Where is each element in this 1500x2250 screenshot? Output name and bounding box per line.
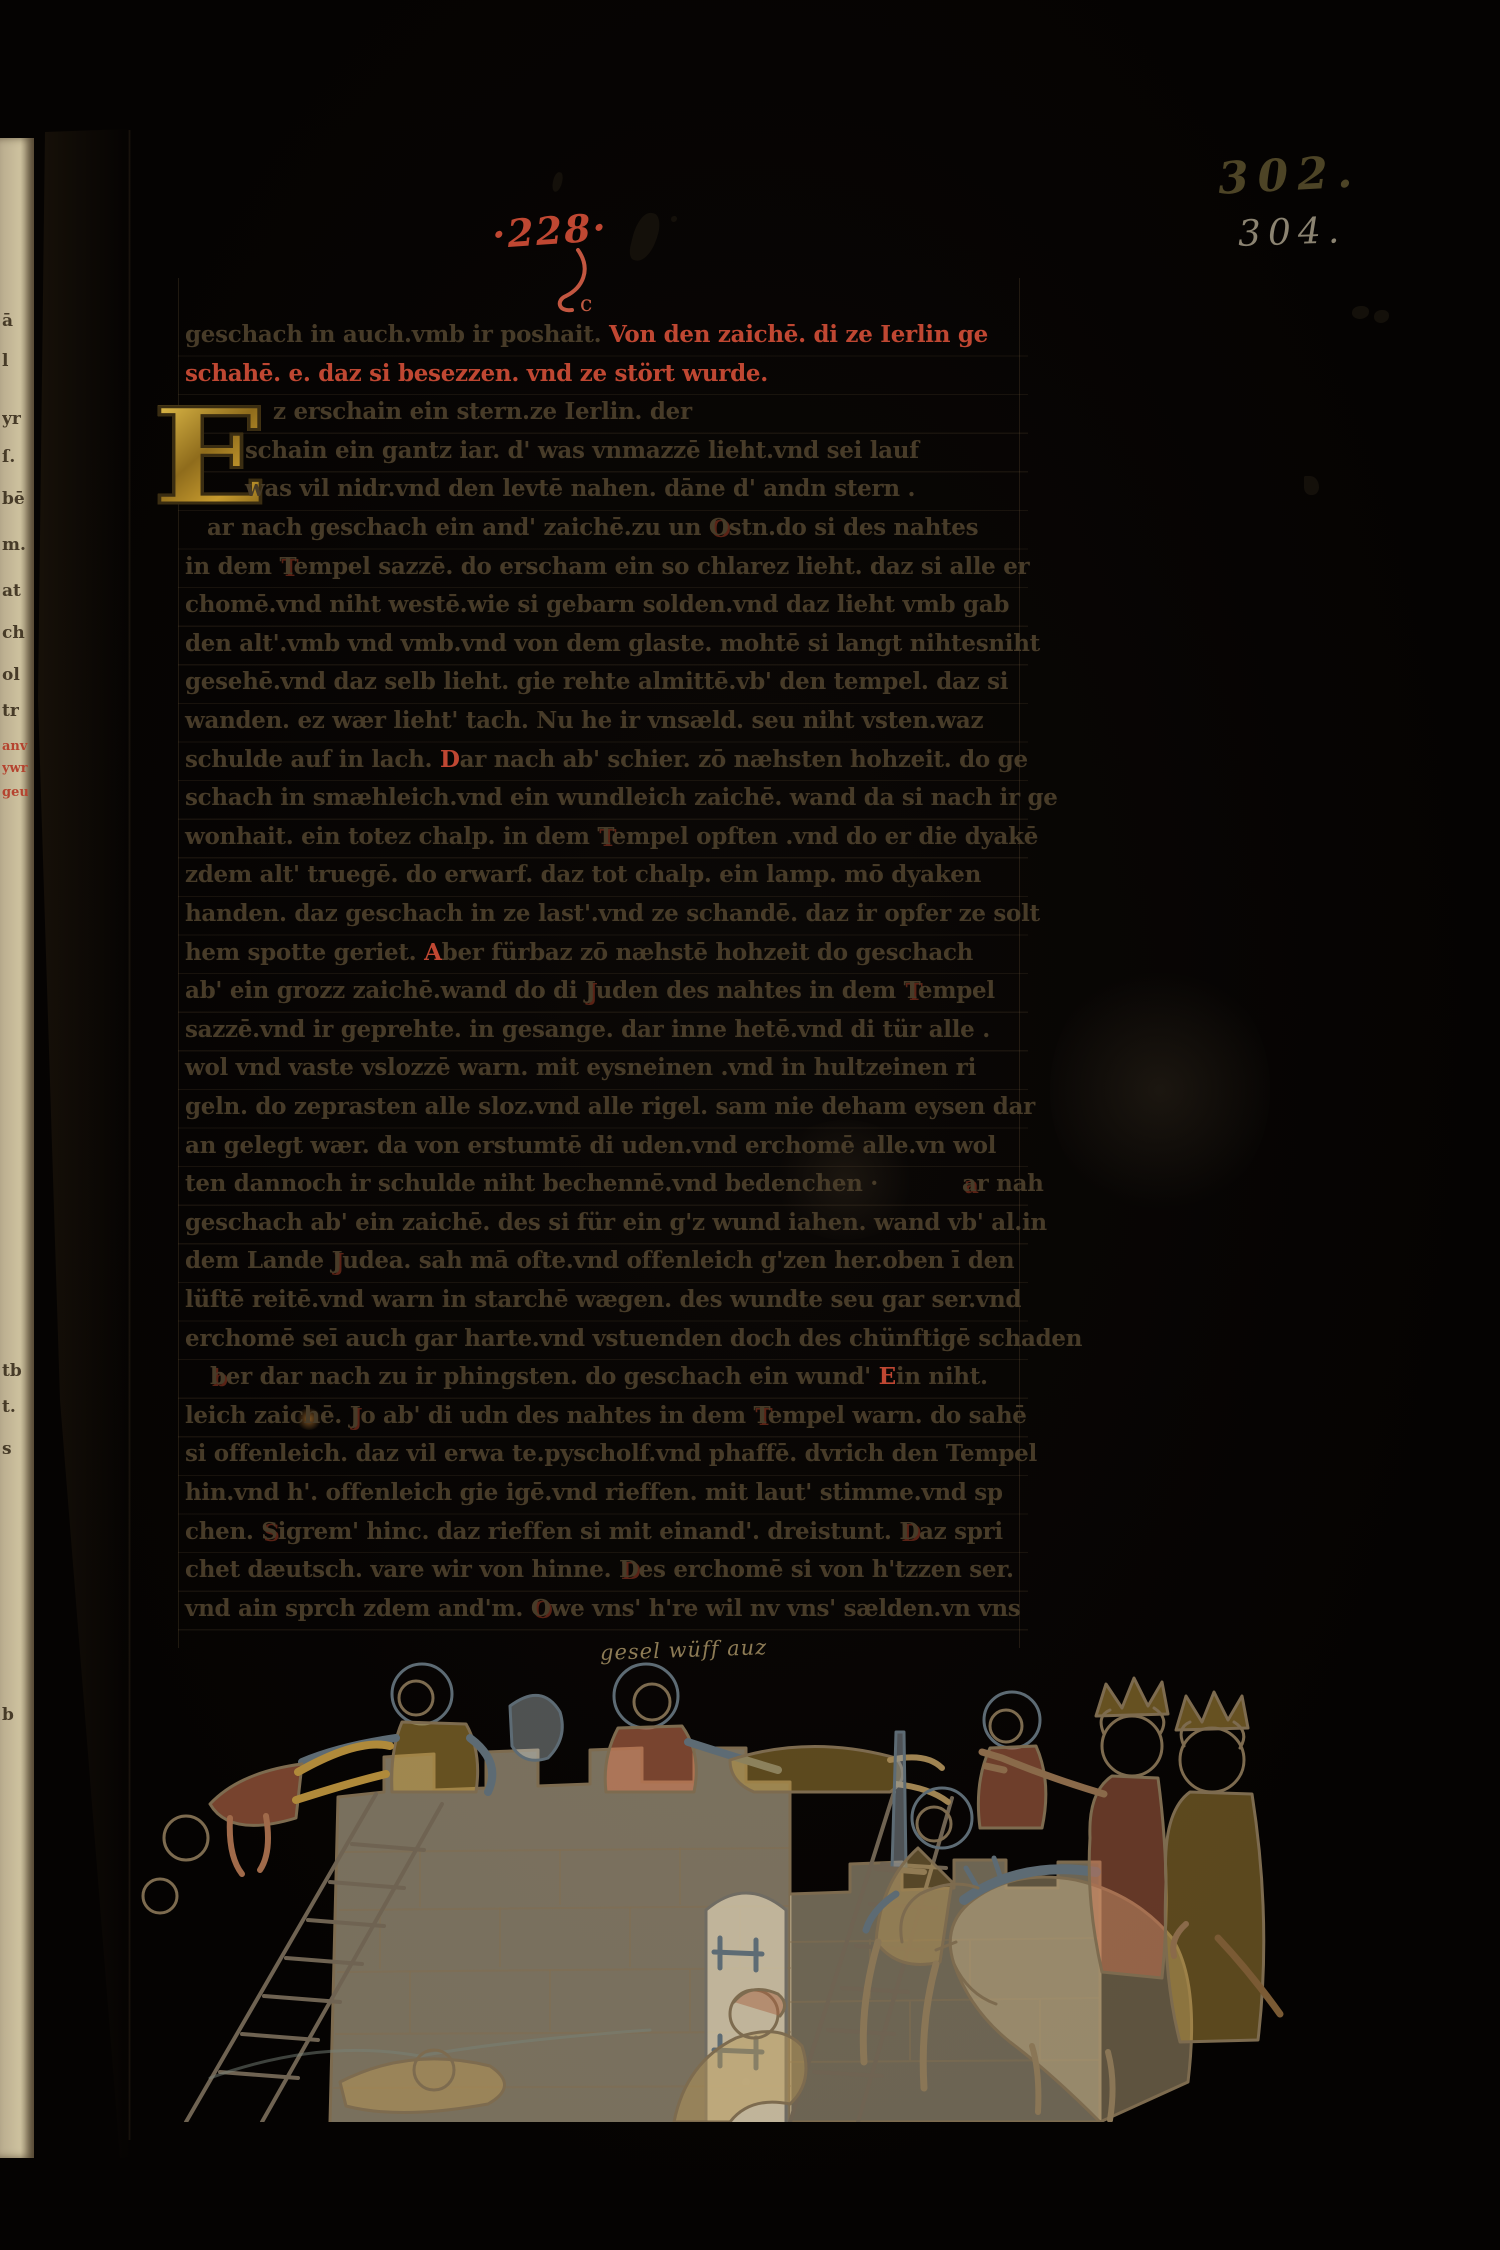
ink-segment: wonhait. ein totez chalp. in dem [185, 823, 597, 850]
text-line: chet dæutsch. vare wir von hinne. Des er… [185, 1555, 1014, 1585]
text-line: den alt'.vmb vnd vmb.vnd von dem glaste.… [185, 629, 1040, 659]
ink-segment: sazzē.vnd ir geprehte. in gesange. dar i… [185, 1016, 990, 1043]
text-line: sazzē.vnd ir geprehte. in gesange. dar i… [185, 1015, 990, 1045]
ink-segment: si offenleich. daz vil erwa te.pyscholf.… [185, 1440, 1037, 1467]
ink-segment: geschach ab' ein zaichē. des si für ein … [185, 1209, 1047, 1236]
text-line: z erschain ein stern.ze Ierlin. der [273, 397, 692, 427]
ink-segment: chen. [185, 1518, 261, 1545]
gutter-text-fragment: l [2, 352, 28, 370]
text-line: erchomē seī auch gar harte.vnd vstuenden… [185, 1324, 1082, 1354]
text-line: hem spotte geriet. Aber fürbaz zō næhstē… [185, 938, 973, 968]
ink-segment: S [261, 1518, 277, 1545]
gutter-text-fragment: s [2, 1440, 28, 1458]
ink-segment: ber fürbaz zō næhstē hohzeit do geschach [442, 939, 973, 966]
ink-blot [1352, 306, 1369, 319]
ink-segment: wol vnd vaste vslozzē warn. mit eysneine… [185, 1054, 976, 1081]
ink-segment: ar nach ab' schier. zō næhsten hohzeit. … [460, 746, 1028, 773]
text-line: handen. daz geschach in ze last'.vnd ze … [185, 899, 1040, 929]
ink-segment: empel opften .vnd do er die dyakē [612, 823, 1039, 850]
helmet-icon [510, 1695, 562, 1760]
ink-segment: leich zaichē. [185, 1402, 350, 1429]
text-line: hin.vnd h'. offenleich gie igē.vnd rieff… [185, 1478, 1003, 1508]
gutter-text-fragment: tb [2, 1362, 28, 1380]
text-line: gesehē.vnd daz selb lieht. gie rehte alm… [185, 667, 1008, 697]
gutter-text-fragment: geu [2, 784, 28, 802]
ink-segment: dem Lande [185, 1247, 332, 1274]
gutter-text-fragment: at [2, 582, 28, 600]
ink-segment: gesehē.vnd daz selb lieht. gie rehte alm… [185, 668, 1008, 695]
ink-segment: in niht. [896, 1363, 988, 1390]
ink-segment: was vil nidr.vnd den levtē nahen. dāne d… [245, 475, 915, 502]
ink-segment: zdem alt' truegē. do erwarf. daz tot cha… [185, 861, 981, 888]
stain [32, 1568, 76, 1608]
text-line: lüftē reitē.vnd warn in starchē wægen. d… [185, 1285, 1021, 1315]
text-line: schahē. e. daz si besezzen. vnd ze stört… [185, 359, 768, 389]
ink-segment: empel sazzē. do erscham ein so chlarez l… [294, 553, 1030, 580]
ink-segment: udea. sah mā ofte.vnd offenleich g'zen h… [342, 1247, 1014, 1274]
text-line: ten dannoch ir schulde niht bechennē.vnd… [185, 1169, 1044, 1199]
ink-segment: chomē.vnd niht westē.wie si gebarn solde… [185, 591, 1009, 618]
quire-mark-flourish [548, 248, 608, 318]
ink-segment: we vns' h're wil nv vns' sælden.vn vns [551, 1595, 1021, 1622]
ink-segment: schain ein gantz iar. d' was vnmazzē lie… [245, 437, 919, 464]
text-line: ar nach geschach ein and' zaichē.zu un O… [207, 513, 978, 543]
gutter-text-fragment: ſ. [2, 448, 28, 466]
ink-segment: az spri [919, 1518, 1003, 1545]
text-line: schach in smæhleich.vnd ein wundleich za… [185, 783, 1058, 813]
rubric-segment: A [424, 939, 442, 966]
gutter-text-fragment: b [2, 1706, 28, 1724]
folio-number-pencil: 304. [1237, 210, 1347, 255]
ink-segment: empel [918, 977, 995, 1004]
ink-segment: T [279, 553, 293, 580]
ink-segment: chet dæutsch. vare wir von hinne. [185, 1556, 619, 1583]
gutter-text-fragment: anv·v [2, 738, 28, 756]
ink-segment: geschach in auch.vmb ir poshait. [185, 321, 609, 348]
ink-segment: stn.do si des nahtes [729, 514, 979, 541]
ink-segment: D [619, 1556, 639, 1583]
rubric-segment: E [879, 1363, 896, 1390]
ink-blot [1304, 476, 1319, 495]
gutter-text-fragment: tr [2, 702, 28, 720]
ink-segment: z erschain ein stern.ze Ierlin. der [273, 398, 692, 425]
ink-segment: J [332, 1247, 343, 1274]
ink-segment: den alt'.vmb vnd vmb.vnd von dem glaste.… [185, 630, 1040, 657]
text-line: ab' ein grozz zaichē.wand do di Juden de… [185, 976, 995, 1006]
miniature-drawing [90, 1642, 1430, 2122]
quire-submark: c [580, 292, 592, 317]
ink-segment: O [709, 514, 729, 541]
text-line: wonhait. ein totez chalp. in dem Tempel … [185, 822, 1038, 852]
ink-segment: T [597, 823, 611, 850]
ink-segment: O [531, 1595, 551, 1622]
ink-segment: r nah [977, 1170, 1044, 1197]
ink-segment: uden des nahtes in dem [596, 977, 904, 1004]
ink-segment: schulde auf in lach. [185, 746, 440, 773]
ink-segment: an gelegt wær. da von erstumtē di uden.v… [185, 1132, 996, 1159]
ink-segment: empel warn. do sahē [768, 1402, 1027, 1429]
ink-segment: erchomē seī auch gar harte.vnd vstuenden… [185, 1325, 1082, 1352]
ink-blot [671, 216, 677, 222]
parchment-leaf: ·228· c 302. 304. E geschach in auch.vmb… [0, 0, 1500, 2250]
rubric-segment: D [440, 746, 460, 773]
text-line: chomē.vnd niht westē.wie si gebarn solde… [185, 590, 1009, 620]
ink-segment: hin.vnd h'. offenleich gie igē.vnd rieff… [185, 1479, 1003, 1506]
ink-segment: in dem [185, 553, 279, 580]
gutter-text-fragment: ol [2, 666, 28, 684]
ink-segment: J [350, 1402, 361, 1429]
gutter-text-fragment: ā [2, 312, 28, 330]
text-line: si offenleich. daz vil erwa te.pyscholf.… [185, 1439, 1037, 1469]
gutter-text-fragment: t. [2, 1398, 28, 1416]
ink-segment: es erchomē si von h'tzzen ser. [639, 1556, 1014, 1583]
gutter-text-fragment: m. [2, 536, 28, 554]
ink-segment: T [904, 977, 918, 1004]
ink-segment: a [962, 1170, 977, 1197]
ink-segment: D [899, 1518, 919, 1545]
ink-segment: igrem' hinc. daz rieffen si mit einand'.… [278, 1518, 900, 1545]
ink-segment: lüftē reitē.vnd warn in starchē wægen. d… [185, 1286, 1021, 1313]
facing-folio-sliver: ālyrſ.bēm.atcholtranv·vywrgeutbt.sb [0, 138, 34, 2158]
ink-segment: hem spotte geriet. [185, 939, 424, 966]
gutter-text-fragment: ywr [2, 760, 28, 778]
ink-blot [551, 171, 564, 192]
stain [1050, 960, 1270, 1220]
text-line: an gelegt wær. da von erstumtē di uden.v… [185, 1131, 996, 1161]
ink-segment: handen. daz geschach in ze last'.vnd ze … [185, 900, 1040, 927]
ink-blot [627, 210, 662, 264]
ink-segment: T [754, 1402, 768, 1429]
manuscript-photograph: ālyrſ.bēm.atcholtranv·vywrgeutbt.sb ·228… [0, 0, 1500, 2250]
gutter-text-fragment: yr [2, 410, 28, 428]
text-line: chen. Sigrem' hinc. daz rieffen si mit e… [185, 1517, 1003, 1547]
rubric-segment: schahē. e. daz si besezzen. vnd ze stört… [185, 360, 768, 387]
text-line: vnd ain sprch zdem and'm. Owe vns' h're … [185, 1594, 1020, 1624]
text-line: dem Lande Judea. sah mā ofte.vnd offenle… [185, 1246, 1014, 1276]
text-line: zdem alt' truegē. do erwarf. daz tot cha… [185, 860, 981, 890]
ink-segment: b [210, 1363, 226, 1390]
ink-blot [1374, 310, 1389, 323]
ink-segment: o ab' di udn des nahtes in dem [360, 1402, 753, 1429]
ink-segment: J [585, 977, 596, 1004]
text-line: wol vnd vaste vslozzē warn. mit eysneine… [185, 1053, 976, 1083]
ink-segment: ab' ein grozz zaichē.wand do di [185, 977, 585, 1004]
gutter-text-fragment: bē [2, 490, 28, 508]
text-line: in dem Tempel sazzē. do erscham ein so c… [185, 552, 1029, 582]
ink-segment: geln. do zeprasten alle sloz.vnd alle ri… [185, 1093, 1035, 1120]
text-line: ber dar nach zu ir phingsten. do geschac… [210, 1362, 988, 1392]
ink-segment: er dar nach zu ir phingsten. do geschach… [226, 1363, 879, 1390]
folio-number-ink: 302. [1217, 146, 1363, 204]
text-line: leich zaichē. Jo ab' di udn des nahtes i… [185, 1401, 1027, 1431]
ink-segment: schach in smæhleich.vnd ein wundleich za… [185, 784, 1058, 811]
rubric-segment: Von den zaichē. di ze Ierlin ge [609, 321, 988, 348]
ink-segment: ten dannoch ir schulde niht bechennē.vnd… [185, 1170, 878, 1197]
text-line: schain ein gantz iar. d' was vnmazzē lie… [245, 436, 919, 466]
text-line: geschach ab' ein zaichē. des si für ein … [185, 1208, 1047, 1238]
text-line: geln. do zeprasten alle sloz.vnd alle ri… [185, 1092, 1035, 1122]
text-line: was vil nidr.vnd den levtē nahen. dāne d… [245, 474, 915, 504]
ink-segment: ar nach geschach ein and' zaichē.zu un [207, 514, 709, 541]
gutter-text-fragment: ch [2, 624, 28, 642]
text-line: schulde auf in lach. Dar nach ab' schier… [185, 745, 1028, 775]
soldier-throwing-left [302, 1664, 492, 1792]
text-line: geschach in auch.vmb ir poshait. Von den… [185, 320, 988, 350]
ink-segment: vnd ain sprch zdem and'm. [185, 1595, 531, 1622]
text-line: wanden. ez wær lieht' tach. Nu he ir vns… [185, 706, 983, 736]
ink-segment: wanden. ez wær lieht' tach. Nu he ir vns… [185, 707, 983, 734]
